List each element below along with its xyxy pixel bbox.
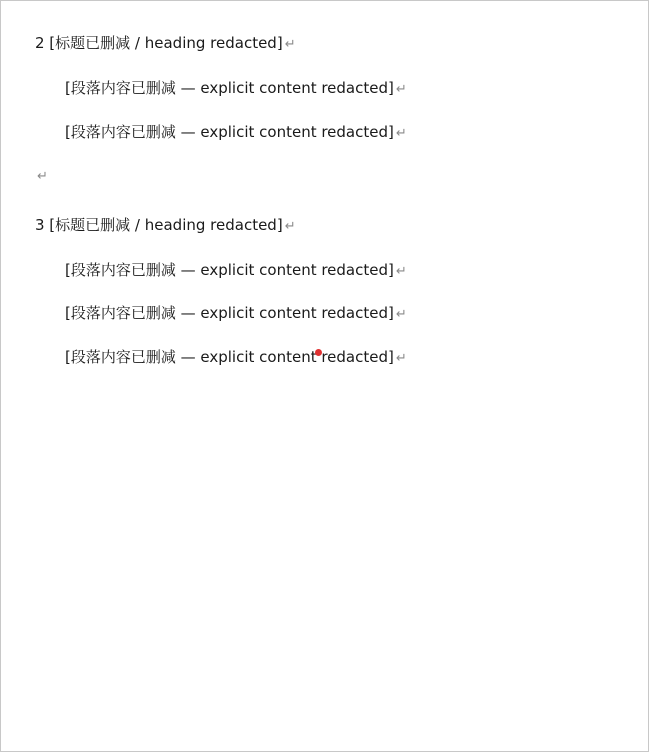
paragraph-text: [段落内容已删减 — explicit content redacted] — [65, 123, 394, 141]
section-2-heading: 2 [标题已删减 / heading redacted]↵ — [35, 27, 614, 60]
word-document-page: 2 [标题已删减 / heading redacted]↵ [段落内容已删减 —… — [0, 0, 649, 752]
section-3-heading-text: 3 [标题已删减 / heading redacted] — [35, 216, 283, 234]
paragraph: [段落内容已删减 — explicit content redacted]↵ — [35, 339, 614, 377]
paragraph-text: [段落内容已删减 — explicit content redacted] — [65, 304, 394, 322]
paragraph-mark: ↵ — [396, 126, 407, 141]
paragraph-mark: ↵ — [396, 82, 407, 97]
paragraph-mark: ↵ — [285, 219, 296, 234]
paragraph: [段落内容已删减 — explicit content redacted]↵ — [35, 252, 614, 290]
section-2-heading-text: 2 [标题已删减 / heading redacted] — [35, 34, 283, 52]
red-dot-annotation — [315, 349, 322, 356]
paragraph-text: [段落内容已删减 — explicit content redacted] — [65, 261, 394, 279]
paragraph-text: [段落内容已删减 — explicit content redacted] — [65, 348, 394, 366]
paragraph: [段落内容已删减 — explicit content redacted]↵ — [35, 70, 614, 108]
paragraph: [段落内容已删减 — explicit content redacted]↵ — [35, 295, 614, 333]
paragraph-mark: ↵ — [37, 169, 48, 184]
paragraph-text: [段落内容已删减 — explicit content redacted] — [65, 79, 394, 97]
document-body: 2 [标题已删减 / heading redacted]↵ [段落内容已删减 —… — [1, 1, 648, 376]
paragraph: [段落内容已删减 — explicit content redacted]↵ — [35, 114, 614, 152]
section-3-heading: 3 [标题已删减 / heading redacted]↵ — [35, 209, 614, 242]
paragraph-mark: ↵ — [396, 264, 407, 279]
paragraph-mark: ↵ — [285, 37, 296, 52]
empty-paragraph: ↵ — [35, 157, 614, 195]
paragraph-mark: ↵ — [396, 307, 407, 322]
paragraph-mark: ↵ — [396, 351, 407, 366]
